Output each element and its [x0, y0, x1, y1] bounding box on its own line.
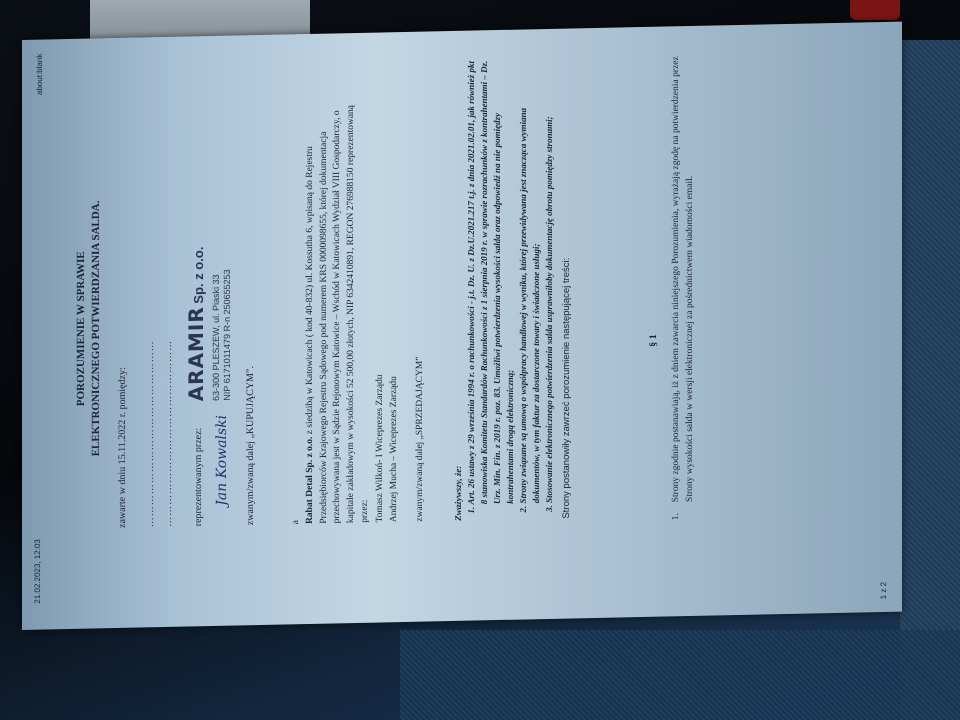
paper-sheet: 21.02.2023, 12:03 about:blank POROZUMIEN… — [22, 22, 902, 630]
seller-designation: zwanym/zwaną dalej „SPRZEDAJĄCYM” — [414, 356, 428, 521]
background-red-object — [850, 0, 900, 20]
background-seat-fabric-bottom — [400, 630, 960, 720]
clause-1-number: 1. — [670, 513, 684, 520]
paper-surface: 21.02.2023, 12:03 about:blank POROZUMIEN… — [22, 22, 902, 630]
buyer-represented-label: reprezentowanym przez: — [192, 428, 207, 527]
print-header-right: about:blank — [34, 54, 46, 96]
stamp-address: 63-300 PLESZEW, ul. Piaski 33 — [211, 246, 222, 401]
agreement-intro: Strony postanowiły zawrzeć porozumienie … — [560, 258, 574, 519]
stamp-logo: ARAMIR — [184, 306, 208, 402]
representative-1: Tomasz Wilkoń- I Wiceprezes Zarządu — [374, 374, 388, 522]
seller-name: Rabat Detal Sp. z o.o. — [305, 437, 315, 525]
representative-2: Andrzej Mucha – Wiceprezes Zarządu — [388, 374, 402, 522]
seller-description: a Rabat Detal Sp. z o.o. z siedzibą w Ka… — [290, 83, 373, 525]
whereas-item-3: Stosowanie elektronicznego potwierdzenia… — [543, 59, 556, 503]
title-line-2: ELEKTRONICZNEGO POTWIERDZANIA SALDA. — [89, 88, 104, 568]
whereas-label: Zważywszy, że: — [452, 61, 465, 521]
whereas-section: Zważywszy, że: Art. 26 ustawy z 29 wrześ… — [452, 59, 556, 521]
background-seat-fabric — [900, 40, 960, 720]
document-title: POROZUMIENIE W SPRAWIE ELEKTRONICZNEGO P… — [74, 88, 104, 569]
date-line: zawarte w dniu 15.11.2022 r. pomiędzy: — [116, 367, 131, 528]
seller-representatives: Tomasz Wilkoń- I Wiceprezes Zarządu Andr… — [374, 374, 402, 523]
section-heading: § 1 — [647, 334, 662, 347]
title-line-1: POROZUMIENIE W SPRAWIE — [74, 89, 89, 569]
clause-1: 1. Strony zgodnie postanawiają, iż z dni… — [670, 56, 698, 517]
stamp-suffix: Sp. z o.o. — [191, 246, 206, 303]
buyer-designation: zwanym/zwaną dalej „KUPUJĄCYM”. — [244, 366, 259, 525]
print-header-left: 21.02.2023, 12:03 — [32, 539, 44, 604]
document-page: 21.02.2023, 12:03 about:blank POROZUMIEN… — [22, 22, 902, 630]
whereas-item-1: Art. 26 ustawy z 29 września 1994 r. o r… — [465, 60, 517, 505]
whereas-item-2: Strony związane są umową o współpracy ha… — [517, 59, 543, 504]
seller-letter: a — [290, 84, 304, 524]
buyer-signature: Jan Kowalski — [212, 415, 232, 506]
blank-line-2: …………………………………………… — [162, 340, 177, 527]
blank-line-1: …………………………………………… — [144, 340, 159, 527]
page-number: 1 z 2 — [878, 582, 890, 600]
stamp-ids: NIP 6171011479 R-n 250655253 — [222, 246, 233, 401]
clause-1-text: Strony zgodnie postanawiają, iż z dniem … — [670, 56, 698, 517]
company-stamp: ARAMIR Sp. z o.o. 63-300 PLESZEW, ul. Pi… — [182, 246, 234, 402]
